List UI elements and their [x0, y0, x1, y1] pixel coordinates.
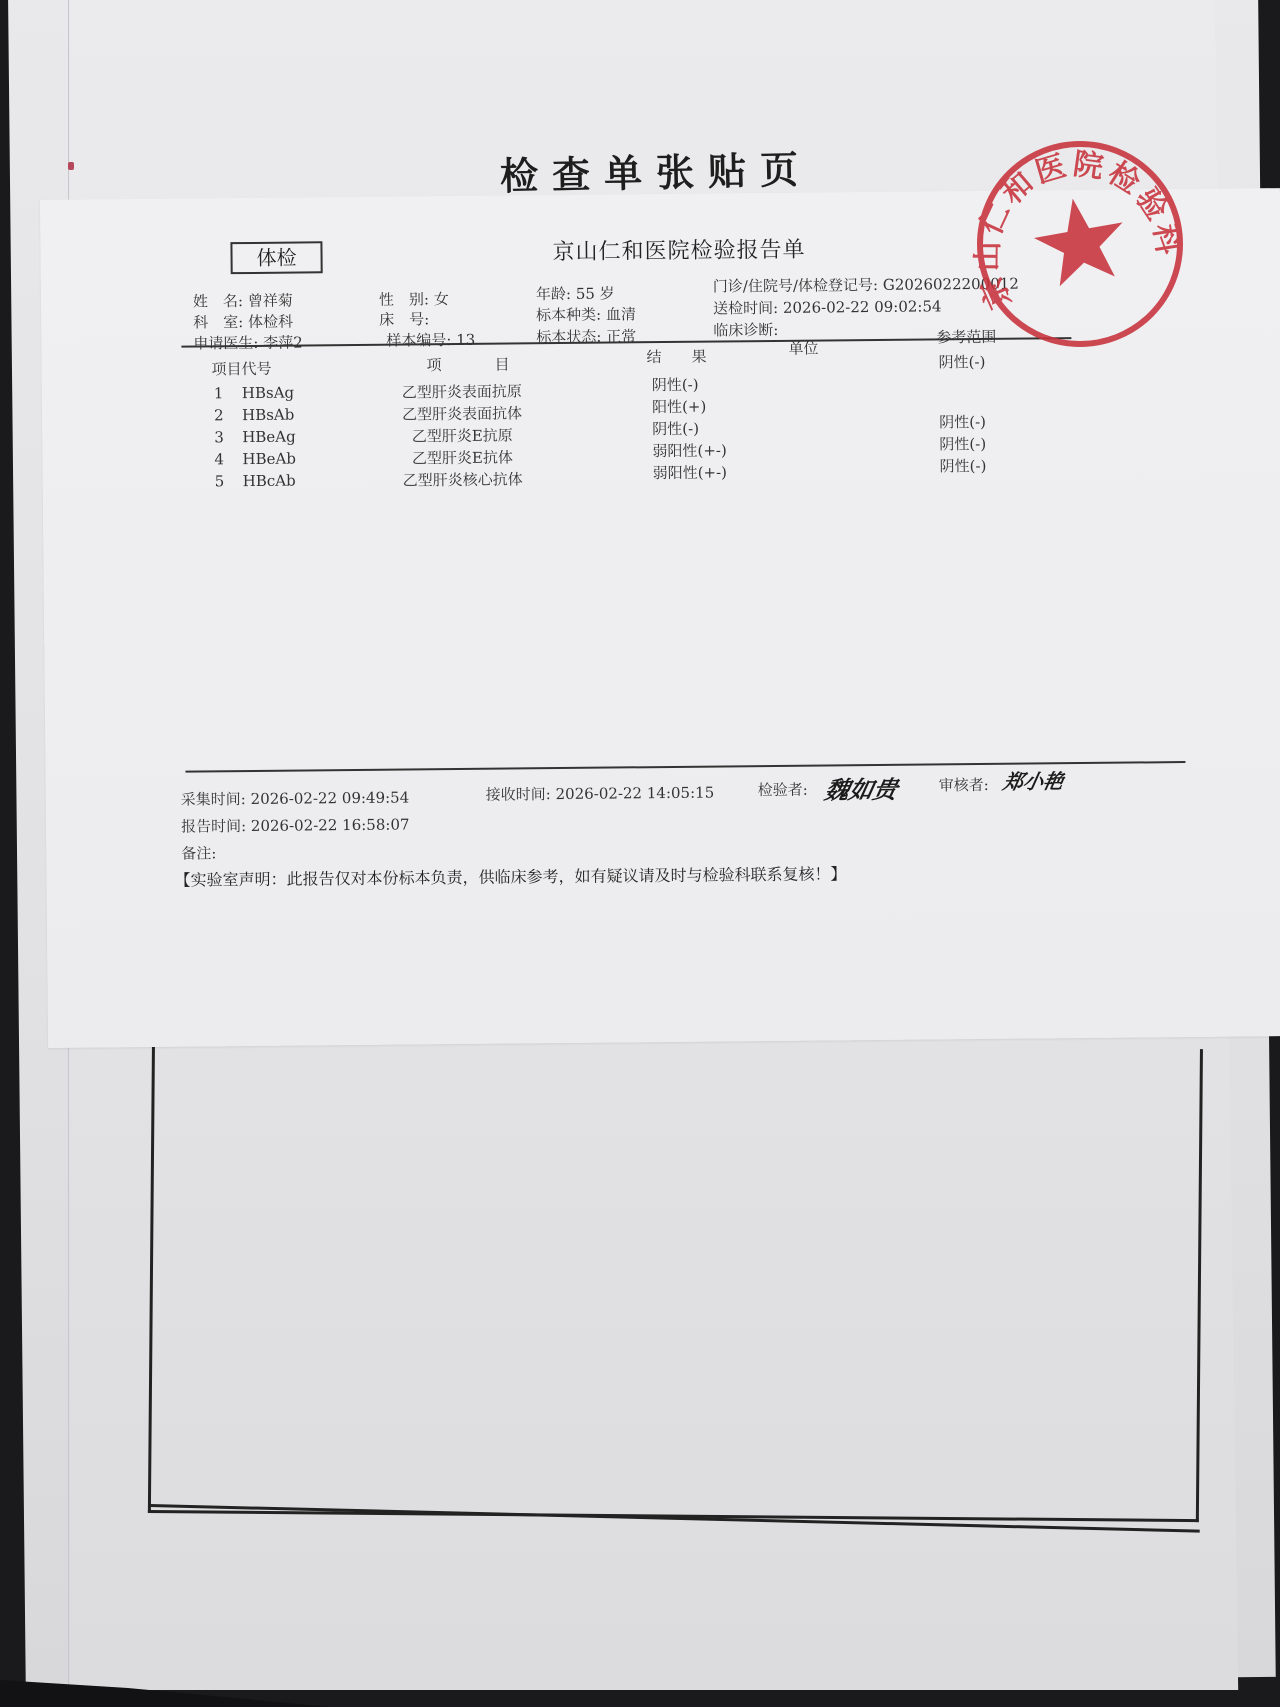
- row-code: HBcAb: [243, 472, 296, 491]
- collect-time-value: 2026-02-22 09:49:54: [251, 788, 410, 808]
- sample-number-value: 13: [456, 331, 475, 349]
- patient-name: 曾祥菊: [248, 292, 293, 310]
- row-result: 阳性(+): [652, 396, 706, 418]
- row-result: 弱阳性(+-): [652, 439, 727, 461]
- patient-name-field: 姓 名: 曾祥菊: [193, 290, 293, 312]
- reviewer-signature: 郑小艳: [1001, 765, 1067, 795]
- specimen-type-value: 血清: [606, 305, 636, 323]
- row-item: 乙型肝炎E抗原: [372, 424, 552, 447]
- row-reference: 阴性(-): [939, 455, 986, 476]
- row-result: 阴性(-): [652, 418, 699, 439]
- report-time-value: 2026-02-22 16:58:07: [251, 815, 410, 835]
- gender-label: 性 别:: [379, 290, 429, 308]
- tester-signature: 魏如贵: [822, 770, 901, 806]
- row-code: HBsAb: [242, 406, 294, 425]
- gender-value: 女: [434, 290, 449, 308]
- row-item: 乙型肝炎E抗体: [372, 446, 552, 469]
- submit-time-label: 送检时间:: [713, 299, 778, 318]
- col-header-item: 项 目: [426, 353, 511, 375]
- row-number: 4: [214, 450, 224, 468]
- report-type-badge: 体检: [230, 241, 322, 274]
- col-header-reference: 参考范围: [936, 326, 996, 348]
- sample-number-label: 样本编号:: [386, 331, 451, 350]
- bed-label: 床 号:: [379, 310, 429, 328]
- age-field: 年龄: 55 岁: [536, 282, 615, 304]
- col-header-unit: 单位: [788, 338, 818, 359]
- age-label: 年龄:: [536, 285, 571, 303]
- diagnosis-field: 临床诊断:: [713, 319, 778, 341]
- lab-disclaimer: 【实验室声明：此报告仅对本份标本负责，供临床参考，如有疑议请及时与检验科联系复核…: [174, 861, 846, 890]
- collect-time-label: 采集时间:: [181, 790, 246, 809]
- department-label: 科 室:: [193, 313, 243, 331]
- specimen-type-field: 标本种类: 血清: [536, 303, 636, 325]
- row-reference: 阴性(-): [938, 351, 985, 372]
- row-number: 1: [214, 384, 224, 402]
- row-reference: 阴性(-): [939, 411, 986, 432]
- bed-field: 床 号:: [379, 308, 429, 329]
- specimen-type-label: 标本种类:: [536, 306, 601, 325]
- paste-page-title: 检查单张贴页: [499, 138, 812, 200]
- row-result: 弱阳性(+-): [653, 461, 728, 483]
- sample-number-field: 样本编号: 13: [386, 329, 475, 351]
- lab-report-slip: 体检 京山仁和医院检验报告单 姓 名: 曾祥菊 性 别: 女 年龄: 55 岁 …: [40, 188, 1280, 1048]
- row-item: 乙型肝炎表面抗体: [372, 402, 552, 425]
- remarks-label: 备注:: [181, 844, 216, 862]
- report-time-label: 报告时间:: [181, 817, 246, 836]
- report-title: 京山仁和医院检验报告单: [552, 233, 805, 266]
- tester-label: 检验者:: [758, 779, 808, 800]
- gender-field: 性 别: 女: [379, 288, 449, 310]
- row-code: HBeAg: [242, 428, 296, 447]
- submit-time-value: 2026-02-22 09:02:54: [783, 297, 942, 317]
- doctor-field: 申请医生: 李萍2: [193, 331, 303, 353]
- doctor-label: 申请医生:: [193, 334, 258, 353]
- row-item: 乙型肝炎表面抗原: [372, 380, 552, 403]
- receive-time-value: 2026-02-22 14:05:15: [555, 784, 714, 804]
- age-value: 55 岁: [576, 284, 615, 302]
- receive-time-field: 接收时间: 2026-02-22 14:05:15: [486, 782, 715, 805]
- remarks-field: 备注:: [181, 842, 216, 863]
- registration-field: 门诊/住院号/体检登记号: G2026022200012: [713, 273, 1019, 297]
- department-value: 体检科: [248, 313, 293, 331]
- col-header-code: 项目代号: [212, 358, 272, 380]
- doctor-value: 李萍2: [263, 333, 303, 351]
- reviewer-label: 审核者:: [939, 774, 989, 795]
- report-time-field: 报告时间: 2026-02-22 16:58:07: [181, 813, 410, 836]
- row-code: HBsAg: [242, 384, 294, 403]
- row-number: 2: [214, 406, 224, 424]
- name-label: 姓 名:: [193, 292, 243, 310]
- row-number: 3: [214, 428, 224, 446]
- department-field: 科 室: 体检科: [193, 311, 293, 333]
- registration-label: 门诊/住院号/体检登记号:: [713, 276, 878, 296]
- paste-area-frame: [148, 1040, 1203, 1522]
- row-code: HBeAb: [242, 450, 296, 469]
- row-reference: 阴性(-): [939, 433, 986, 454]
- receive-time-label: 接收时间:: [486, 785, 551, 804]
- row-result: 阴性(-): [652, 374, 699, 395]
- binding-mark: [68, 162, 74, 170]
- col-header-result: 结 果: [646, 346, 706, 368]
- registration-number: G2026022200012: [883, 275, 1019, 294]
- diagnosis-label: 临床诊断:: [713, 321, 778, 340]
- submit-time-field: 送检时间: 2026-02-22 09:02:54: [713, 295, 942, 318]
- collect-time-field: 采集时间: 2026-02-22 09:49:54: [181, 786, 410, 809]
- row-number: 5: [215, 472, 225, 490]
- row-item: 乙型肝炎核心抗体: [373, 468, 553, 491]
